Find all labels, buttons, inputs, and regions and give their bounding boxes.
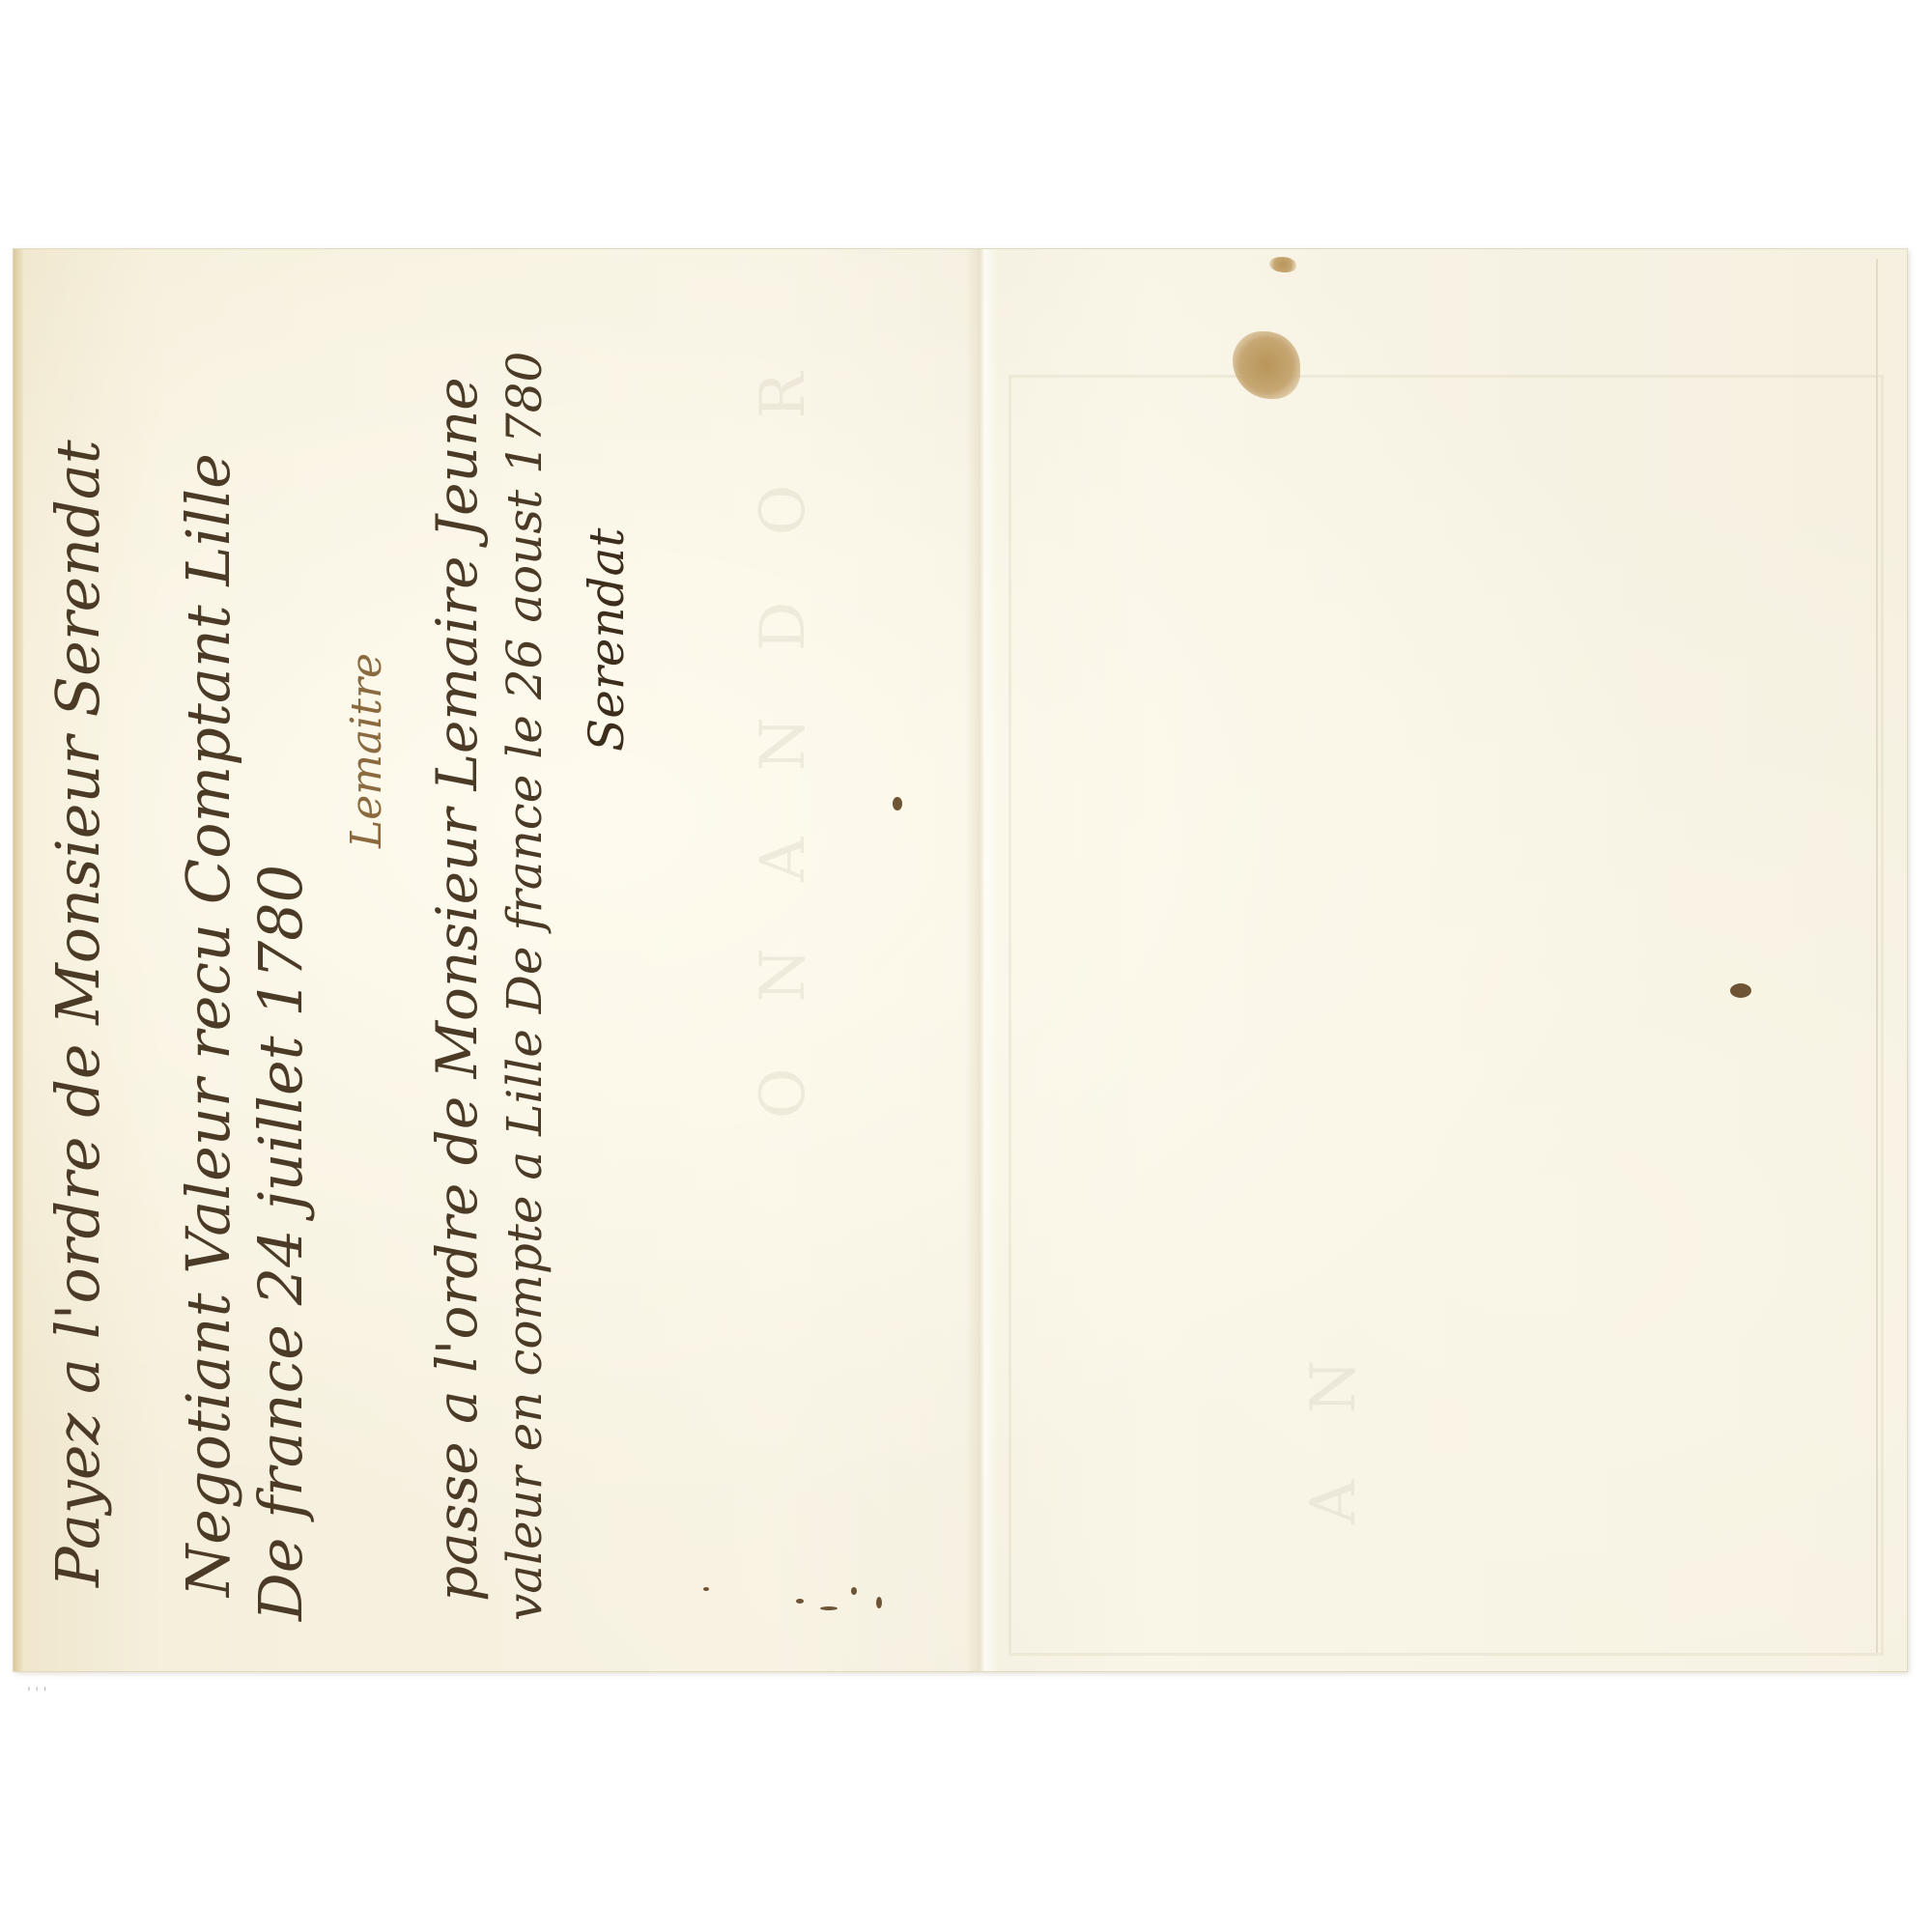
bottom-margin-mark: ' ' ' [27, 1686, 46, 1701]
debris-spot [703, 1587, 709, 1591]
endorsement-2-line-2: valeur en compte a Lille De france le 26… [497, 352, 553, 1621]
endorsement-1-line-3: De france 24 juillet 1780 [245, 865, 316, 1621]
ink-spot-2 [893, 797, 902, 810]
endorsement-2-line-1: passe a l'ordre de Monsieur Lemaire Jeun… [424, 377, 490, 1602]
endorsement-2-signature: Serendat [579, 528, 635, 752]
stain-top-small [1269, 257, 1296, 272]
paper-edge [14, 249, 23, 1671]
endorsement-1-line-1: Payez a l'ordre de Monsieur Serendat [43, 440, 113, 1587]
ink-spot [1730, 983, 1751, 998]
debris-spot [851, 1587, 857, 1595]
debris-spot [796, 1599, 804, 1604]
document-sheet: O N A N D O R A N Payez a l'ordre de Mon… [14, 249, 1907, 1671]
debris-spot [876, 1597, 882, 1608]
debris-spot [820, 1606, 838, 1610]
faint-emboss-text: O N A N D O R [748, 349, 819, 1119]
endorsement-1-signature: Lemaitre [342, 653, 391, 848]
faint-emboss-text-2: A N [1298, 1336, 1370, 1524]
embossed-plate-frame [1009, 375, 1884, 1656]
endorsement-1-line-2: Negotiant Valeur recu Comptant Lille [173, 453, 243, 1597]
